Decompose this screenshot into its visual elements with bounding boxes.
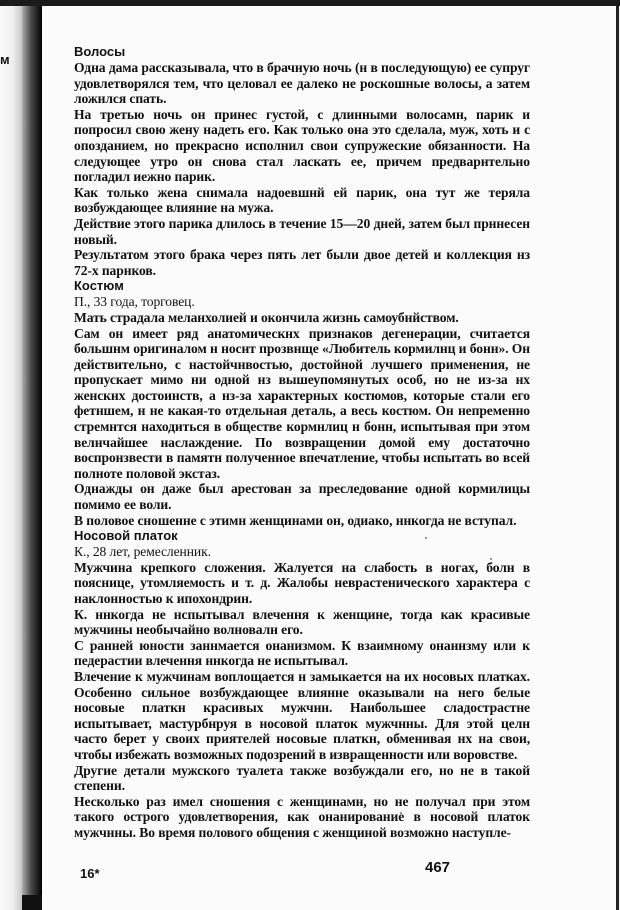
paragraph: На третью ночь он принес густой, с длинн… (74, 107, 530, 185)
paragraph: Несколько раз имел сношения с женщинамн,… (74, 794, 530, 841)
section-heading: Костюм (74, 278, 530, 294)
paragraph: В половое сношенне с этимн женщинами он,… (74, 513, 530, 529)
paragraph: Сам он имеет ряд анатомическнх признаков… (74, 326, 530, 482)
section-costume: Костюм П., 33 года, торговец. Мать страд… (74, 278, 530, 528)
paragraph: Однажды он даже был арестован за преслед… (74, 481, 530, 512)
section-handkerchief: Носовой платок К., 28 лет, ремесленник. … (74, 528, 530, 840)
book-spine-shadow (22, 6, 42, 910)
section-heading: Волосы (74, 44, 530, 60)
left-page-margin-letter: м (0, 52, 10, 67)
paragraph: Результатом этого брака через пять лет б… (74, 247, 530, 278)
left-page-edge (0, 6, 22, 910)
paragraph: Другие детали мужского туалета также воз… (74, 763, 530, 794)
paragraph: Влечение к мужчинам воплощается н замыка… (74, 669, 530, 763)
scan-speck (400, 812, 402, 814)
paragraph: Мужчина крепкого сложения. Жалуется на с… (74, 560, 530, 607)
page-text: Волосы Одна дама рассказывала, что в бра… (74, 44, 530, 841)
paragraph: Мать страдала меланхолией и окончила жиз… (74, 310, 530, 326)
paragraph: Как только жена снимала надоевшнй ей пар… (74, 185, 530, 216)
section-heading: Носовой платок (74, 528, 530, 544)
printer-signature-mark: 16* (80, 866, 100, 881)
paragraph: С ранней юности заннмается онанизмом. К … (74, 638, 530, 669)
page-number: 467 (425, 859, 450, 876)
scan-speck (425, 537, 427, 539)
paragraph: К. ннкогда не нспытывал влечення к женщи… (74, 607, 530, 638)
scan-speck (490, 558, 492, 560)
paragraph: Одна дама рассказывала, что в брачную но… (74, 60, 530, 107)
case-subject: К., 28 лет, ремесленник. (74, 544, 530, 560)
case-subject: П., 33 года, торговец. (74, 294, 530, 310)
section-hair: Волосы Одна дама рассказывала, что в бра… (74, 44, 530, 278)
paragraph: Действие этого парика длилось в течение … (74, 216, 530, 247)
